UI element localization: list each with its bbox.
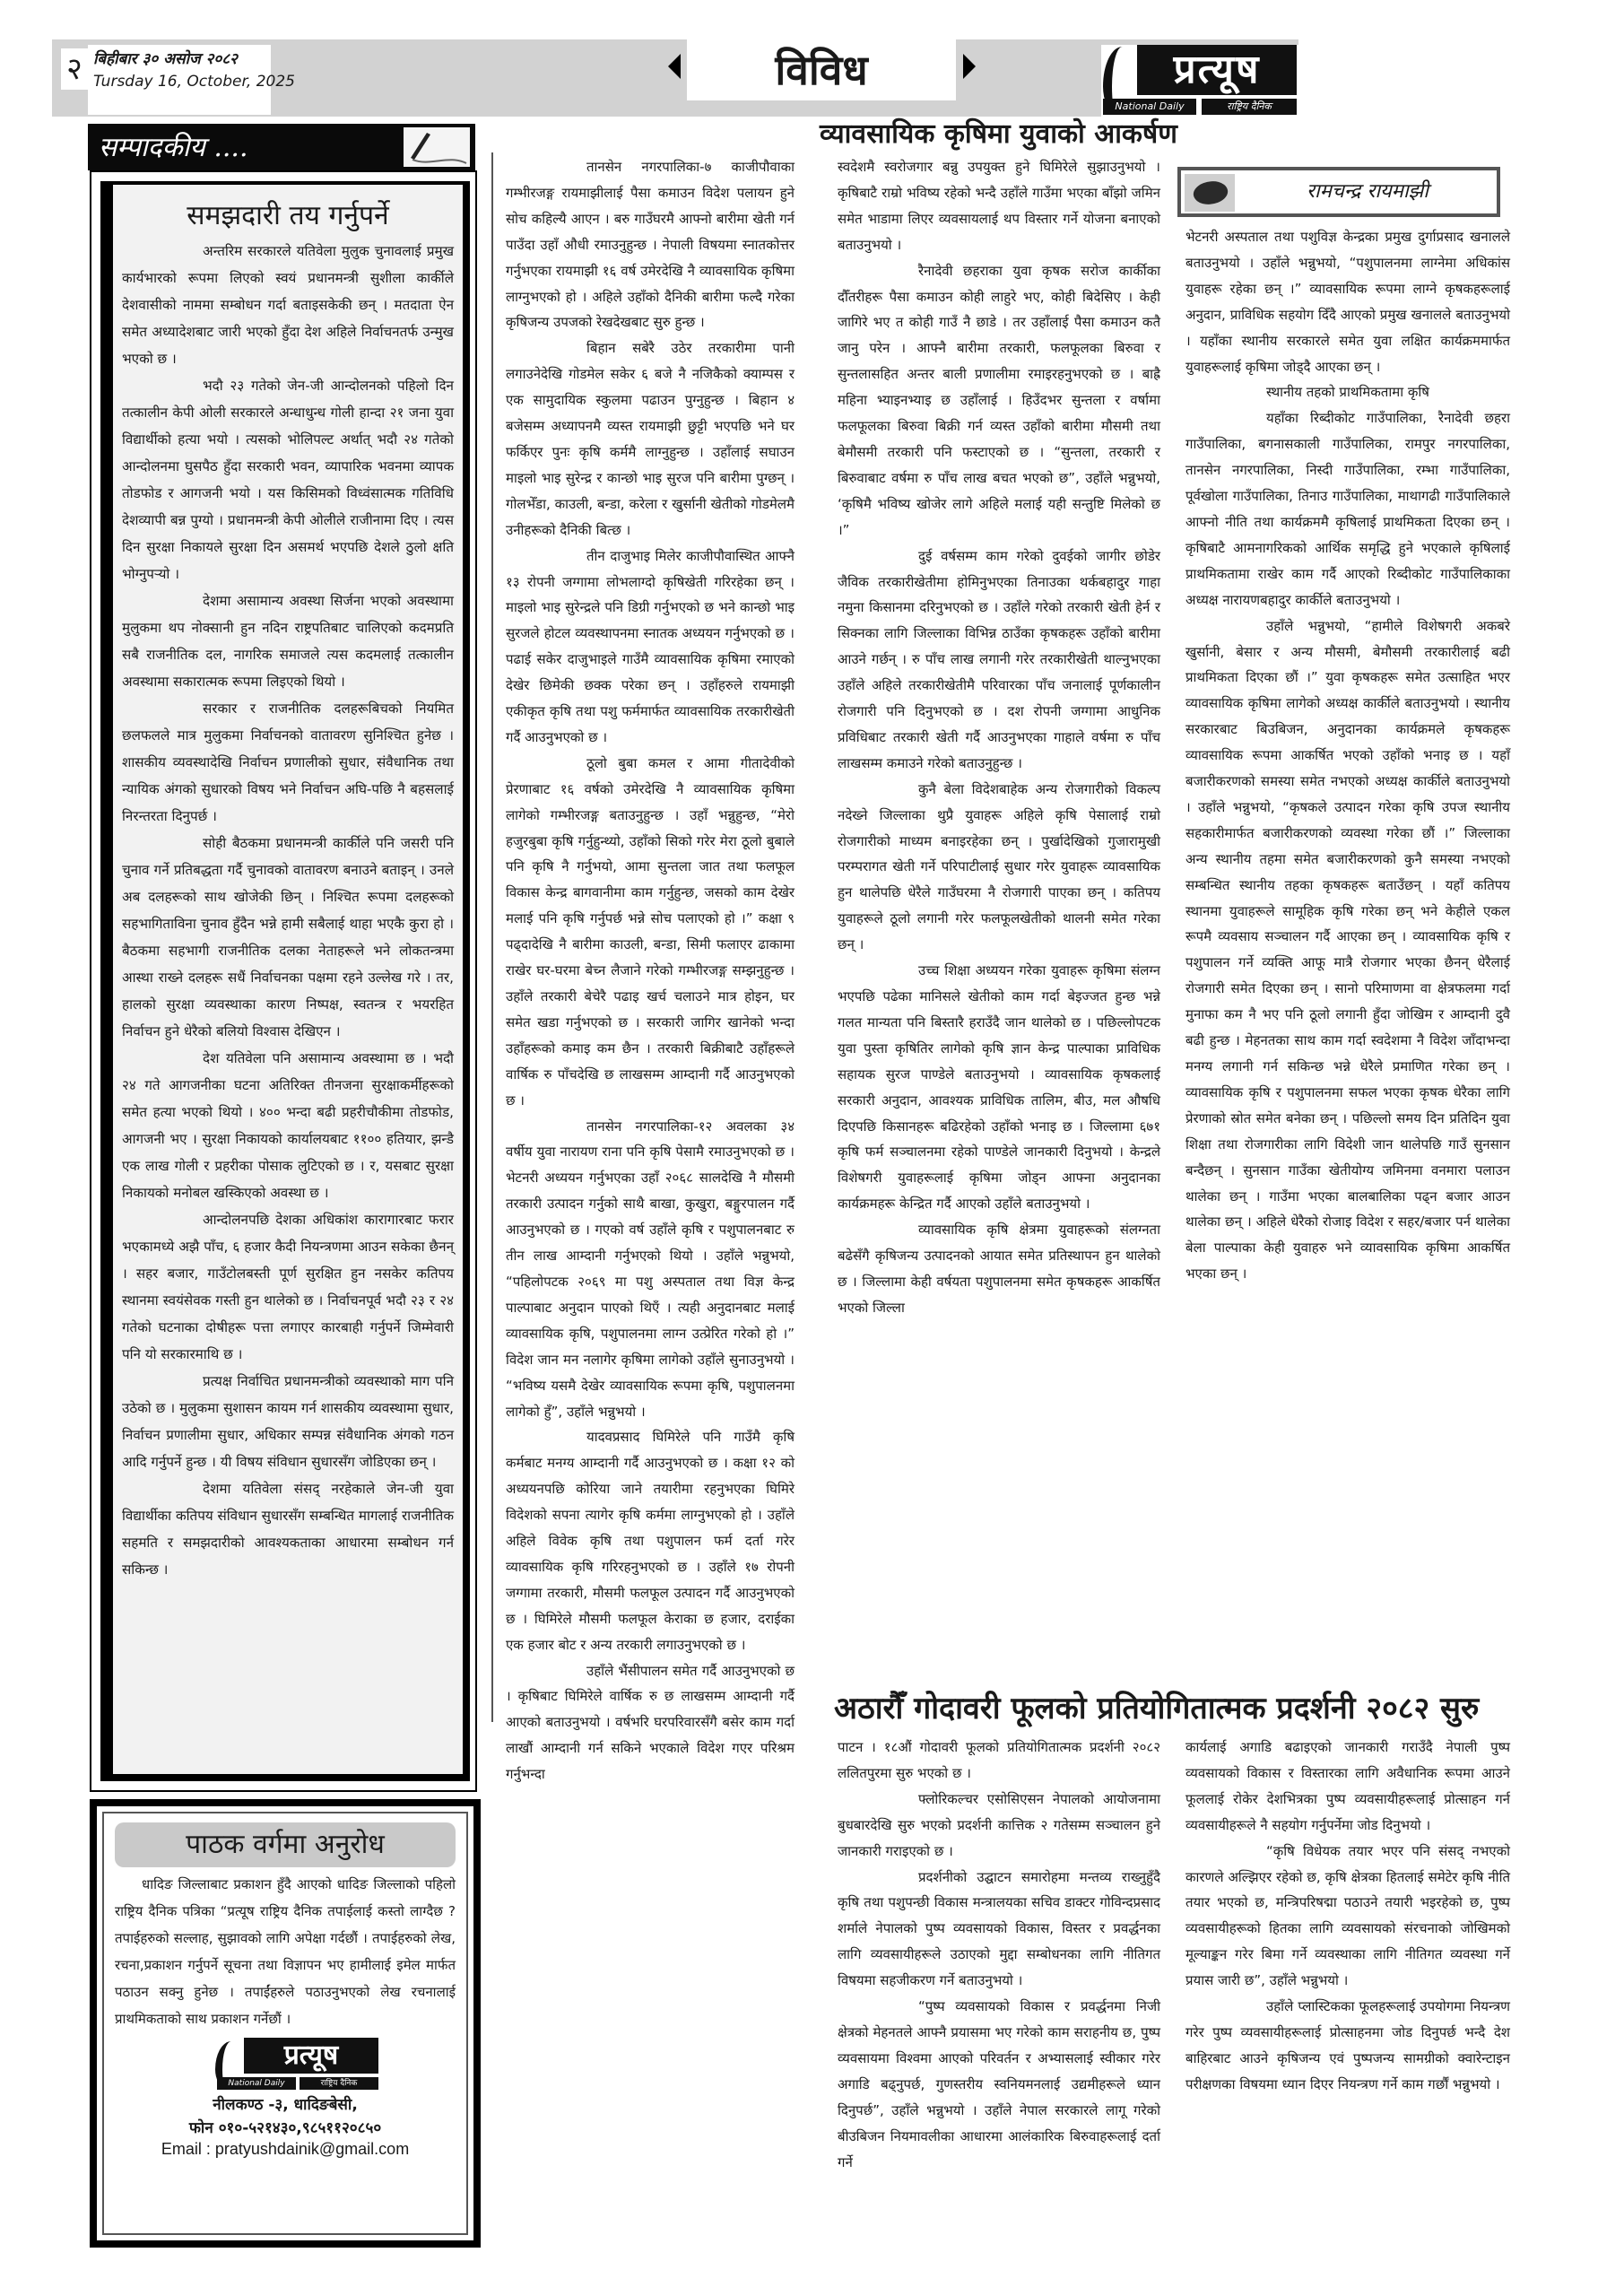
contact-email[interactable]: Email : pratyushdainik@gmail.com [115,2140,456,2159]
writing-hand-icon [1185,174,1235,212]
contact-block: प्रत्यूष National Daily राष्ट्रिय दैनिक … [115,2038,456,2163]
arrow-right-icon [963,54,976,79]
article-paragraph: “कृषि विधेयक तयार भएर पनि संसद् नभएको का… [1185,1839,1510,1994]
article-2-column-2: कार्यलाई अगाडि बढाइएको जानकारी गराउँदै न… [1185,1735,1510,2098]
article-paragraph: तीन दाजुभाइ मिलेर काजीपौवास्थित आफ्नै १३… [506,544,795,751]
byline-author: रामचन्द्र रायमाझी [1244,170,1491,213]
editorial-paragraph: देश यतिवेला पनि असामान्य अवस्थामा छ । भद… [122,1045,454,1206]
editorial-paragraph: प्रत्यक्ष निर्वाचित प्रधानमन्त्रीको व्यव… [122,1368,454,1475]
contact-address: नीलकण्ठ -३, धादिङबेसी, [115,2093,456,2114]
reader-request-title: पाठक वर्गमा अनुरोध [115,1822,456,1867]
contact-phone: फोन ०१०-५२१४३०,९८५११२०८५० [115,2117,456,2137]
editorial-paragraph: भदौ २३ गतेको जेन-जी आन्दोलनको पहिलो दिन … [122,372,454,587]
article-paragraph: कुनै बेला विदेशबाहेक अन्य रोजगारीको विकल… [838,777,1160,958]
article-paragraph: उहाँले भन्नुभयो, “हामीले विशेषगरी अकबरे … [1185,613,1510,1288]
article-paragraph: व्यावसायिक कृषि क्षेत्रमा युवाहरूको संलग… [838,1217,1160,1321]
article-paragraph: स्वदेशमै स्वरोजगार बन्नु उपयुक्त हुने घि… [838,154,1160,258]
article-column-1: तानसेन नगरपालिका-७ काजीपौवाका गम्भीरजङ्ग… [506,154,795,1787]
editorial-paragraph: सोही बैठकमा प्रधानमन्त्री कार्कीले पनि ज… [122,830,454,1045]
pen-icon [404,127,470,167]
editorial-frame: समझदारी तय गर्नुपर्ने अन्तरिम सरकारले यत… [90,170,477,1792]
article-paragraph: तानसेन नगरपालिका-१२ अवलका ३४ वर्षीय युवा… [506,1114,795,1425]
article-paragraph: पाटन । १८औं गोदावरी फूलको प्रतियोगितात्म… [838,1735,1160,1787]
reader-request-body: धादिङ जिल्लाबाट प्रकाशन हुँदै आएको धादिङ… [115,1871,456,2032]
article-paragraph: प्रदर्शनीको उद्घाटन समारोहमा मन्तव्य राख… [838,1865,1160,1995]
arrow-left-icon [668,54,681,79]
article-paragraph: उहाँले प्लास्टिकका फूलहरूलाई उपयोगमा निय… [1185,1994,1510,2098]
article-paragraph: ठूलो बुबा कमल र आमा गीतादेवीको प्रेरणाबा… [506,751,795,1114]
article-paragraph: उहाँले भैंसीपालन समेत गर्दै आउनुभएको छ ।… [506,1658,795,1788]
article-2-title: अठारौँ गोदावरी फूलको प्रतियोगितात्मक प्र… [834,1686,1515,1731]
byline-box: रामचन्द्र रायमाझी [1177,167,1500,217]
section-title: विविध [687,39,956,100]
date-box: बिहीबार ३० असोज २०८२ Tursday 16, October… [88,45,271,115]
small-logo-wordmark: प्रत्यूष [244,2038,378,2074]
article-paragraph: भेटनरी अस्पताल तथा पशुविज्ञ केन्द्रका प्… [1185,224,1510,379]
page-number: २ [61,48,88,90]
logo-tag-en: National Daily [1103,99,1196,115]
editorial-body: समझदारी तय गर्नुपर्ने अन्तरिम सरकारले यत… [100,181,470,1781]
editorial-paragraph: देशमा यतिवेला संसद् नरहेकाले जेन-जी युवा… [122,1475,454,1583]
article-paragraph: तानसेन नगरपालिका-७ काजीपौवाका गम्भीरजङ्ग… [506,154,795,335]
article-paragraph: रैनादेवी छहराका युवा कृषक सरोज कार्कीका … [838,258,1160,544]
logo-wordmark: प्रत्यूष [1137,45,1297,95]
masthead-logo: प्रत्यूष National Daily राष्ट्रिय दैनिक [1101,45,1298,117]
article-column-2: स्वदेशमै स्वरोजगार बन्नु उपयुक्त हुने घि… [838,154,1160,1321]
date-english: Tursday 16, October, 2025 [93,70,265,93]
editorial-paragraph: अन्तरिम सरकारले यतिवेला मुलुक चुनावलाई प… [122,238,454,372]
small-logo-tag-en: National Daily [217,2077,296,2090]
article-2-column-1: पाटन । १८औं गोदावरी फूलको प्रतियोगितात्म… [838,1735,1160,2175]
article-paragraph: दुई वर्षसम्म काम गरेको दुवईको जागीर छोडे… [838,544,1160,777]
article-title: व्यावसायिक कृषिमा युवाको आकर्षण [820,117,1232,152]
editorial-paragraph: देशमा असामान्य अवस्था सिर्जना भएको अवस्थ… [122,587,454,695]
editorial-header: सम्पादकीय .... [88,124,475,170]
editorial-paragraph: सरकार र राजनीतिक दलहरूबिचको नियमित छलफलल… [122,695,454,830]
editorial-title: समझदारी तय गर्नुपर्ने [122,196,454,232]
column-divider [491,152,493,1722]
article-paragraph: यहाँका रिब्दीकोट गाउँपालिका, रैनादेवी छह… [1185,405,1510,613]
article-paragraph: कार्यलाई अगाडि बढाइएको जानकारी गराउँदै न… [1185,1735,1510,1839]
small-logo-tag-np: राष्ट्रिय दैनिक [300,2077,378,2090]
article-paragraph: यादवप्रसाद घिमिरेले पनि गाउँमै कृषि कर्म… [506,1424,795,1657]
article-paragraph: उच्च शिक्षा अध्ययन गरेका युवाहरू कृषिमा … [838,958,1160,1217]
article-paragraph: “पुष्प व्यवसायको विकास र प्रवर्द्धनमा नि… [838,1994,1160,2175]
reader-request-inner: पाठक वर्गमा अनुरोध धादिङ जिल्लाबाट प्रका… [102,1812,468,2235]
article-subheading: स्थानीय तहको प्राथमिकतामा कृषि [1185,379,1510,405]
date-nepali: बिहीबार ३० असोज २०८२ [93,48,265,70]
reader-request-box: पाठक वर्गमा अनुरोध धादिङ जिल्लाबाट प्रका… [90,1799,481,2248]
logo-tag-np: राष्ट्रिय दैनिक [1202,99,1297,115]
editorial-label: सम्पादकीय .... [99,127,248,164]
article-paragraph: बिहान सबेरै उठेर तरकारीमा पानी लगाउनेदेख… [506,335,795,543]
small-logo: प्रत्यूष National Daily राष्ट्रिय दैनिक [215,2038,380,2090]
editorial-paragraph: आन्दोलनपछि देशका अधिकांश कारागारबाट फरार… [122,1206,454,1368]
article-paragraph: फ्लोरिकल्चर एसोसिएसन नेपालको आयोजनामा बु… [838,1787,1160,1865]
article-column-3: भेटनरी अस्पताल तथा पशुविज्ञ केन्द्रका प्… [1185,224,1510,1287]
